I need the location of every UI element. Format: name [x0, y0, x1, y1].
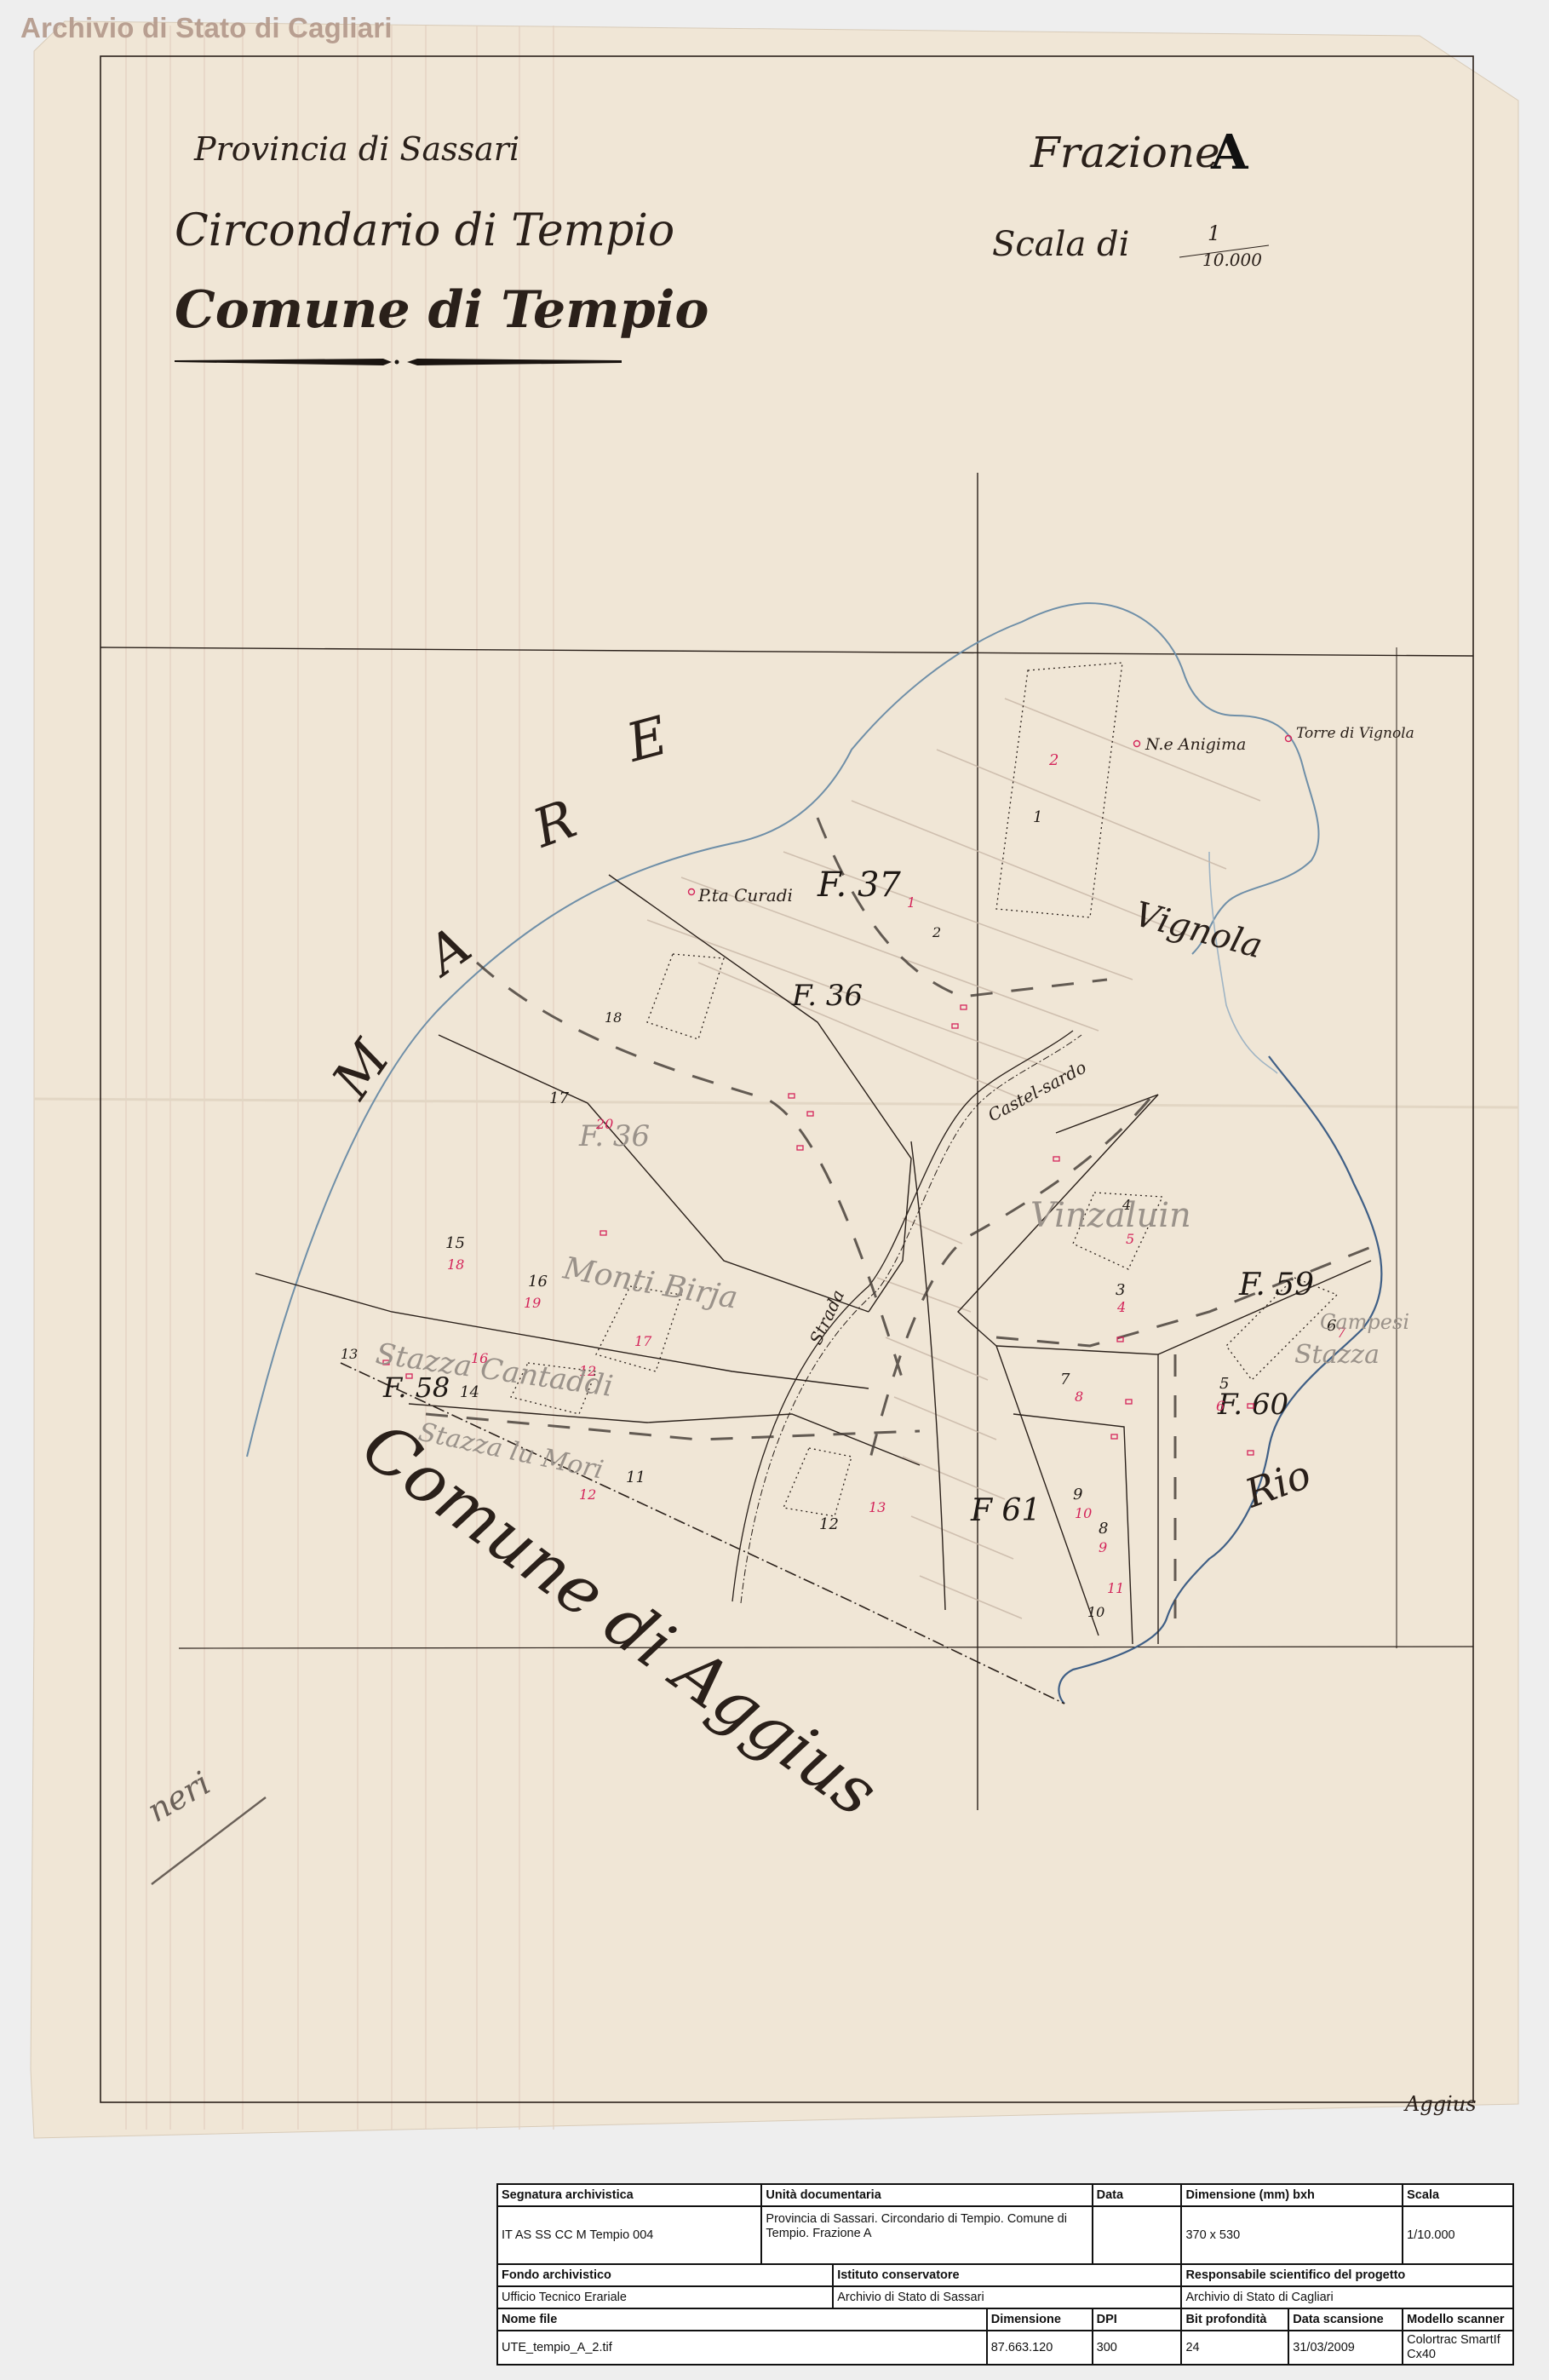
header-data: Data: [1093, 2184, 1182, 2206]
parcel-number: 7: [1060, 1371, 1070, 1388]
parcel-number-red: 9: [1099, 1539, 1107, 1555]
metadata-row-headers-1: Segnatura archivistica Unità documentari…: [497, 2184, 1513, 2206]
frazione-letter: A: [1210, 124, 1249, 181]
metadata-row-values-1: IT AS SS CC M Tempio 004 Provincia di Sa…: [497, 2206, 1513, 2264]
parcel-number: 12: [819, 1515, 839, 1533]
value-data-scansione: 31/03/2009: [1288, 2331, 1403, 2365]
value-unita: Provincia di Sassari. Circondario di Tem…: [761, 2206, 1092, 2264]
metadata-row-values-2: Ufficio Tecnico Erariale Archivio di Sta…: [497, 2286, 1513, 2308]
value-responsabile: Archivio di Stato di Cagliari: [1181, 2286, 1513, 2308]
pencil-annotation: Stazza: [1294, 1340, 1380, 1370]
value-fondo: Ufficio Tecnico Erariale: [497, 2286, 833, 2308]
header-fondo: Fondo archivistico: [497, 2264, 833, 2286]
parcel-number: 2: [932, 924, 941, 940]
parcel-number: 18: [605, 1009, 622, 1026]
parcel-number: 1: [1033, 808, 1042, 826]
label-torre-vignola: Torre di Vignola: [1296, 725, 1414, 742]
value-data: [1093, 2206, 1182, 2264]
title-underline-dot: [395, 360, 399, 365]
parcel-number-red: 12: [579, 1486, 596, 1503]
value-dimensione: 87.663.120: [987, 2331, 1093, 2365]
sheet-label-f61: F 61: [970, 1493, 1041, 1528]
value-modello-scanner: Colortrac SmartIf Cx40: [1403, 2331, 1513, 2365]
value-istituto: Archivio di Stato di Sassari: [833, 2286, 1181, 2308]
header-nome-file: Nome file: [497, 2308, 987, 2331]
archive-watermark: Archivio di Stato di Cagliari: [20, 12, 393, 44]
header-dpi: DPI: [1093, 2308, 1182, 2331]
sheet-label-f37: F. 37: [817, 865, 901, 905]
parcel-number: 15: [445, 1234, 465, 1252]
parcel-number-red: 13: [869, 1499, 886, 1515]
value-segnatura: IT AS SS CC M Tempio 004: [497, 2206, 761, 2264]
value-nome-file: UTE_tempio_A_2.tif: [497, 2331, 987, 2365]
metadata-table: Segnatura archivistica Unità documentari…: [496, 2183, 1514, 2366]
parcel-number-red: 20: [595, 1116, 613, 1132]
metadata-row-headers-2: Fondo archivistico Istituto conservatore…: [497, 2264, 1513, 2286]
scale-numerator: 1: [1208, 221, 1220, 245]
scale-denominator: 10.000: [1202, 250, 1262, 270]
parcel-number: 14: [460, 1383, 479, 1401]
scale-label: Scala di: [992, 225, 1129, 264]
sheet-label-f36-pencil: F. 36: [578, 1119, 650, 1153]
value-dpi: 300: [1093, 2331, 1182, 2365]
frazione-label: Frazione: [1030, 128, 1220, 177]
parcel-number-red: 2: [1048, 751, 1058, 769]
header-segnatura: Segnatura archivistica: [497, 2184, 761, 2206]
sheet-label-f60: F. 60: [1217, 1388, 1288, 1422]
ink-signature: Aggius: [1403, 2092, 1477, 2116]
parcel-number: 9: [1073, 1486, 1082, 1503]
header-bit: Bit profondità: [1181, 2308, 1288, 2331]
value-bit: 24: [1181, 2331, 1288, 2365]
value-scala: 1/10.000: [1403, 2206, 1513, 2264]
header-istituto: Istituto conservatore: [833, 2264, 1181, 2286]
pencil-annotation: Vinzaluin: [1030, 1196, 1191, 1235]
parcel-number-red: 18: [447, 1256, 464, 1273]
header-dimensione-mm: Dimensione (mm) bxh: [1181, 2184, 1403, 2206]
cadastral-map: Provincia di Sassari Circondario di Temp…: [0, 0, 1549, 2181]
parcel-number-red: 1: [907, 894, 915, 911]
parcel-number: 11: [626, 1469, 645, 1486]
parcel-number: 10: [1087, 1604, 1104, 1620]
value-dimensione-mm: 370 x 530: [1181, 2206, 1403, 2264]
parcel-number-red: 11: [1107, 1580, 1124, 1596]
header-scala: Scala: [1403, 2184, 1513, 2206]
header-dimensione: Dimensione: [987, 2308, 1093, 2331]
metadata-row-values-3: UTE_tempio_A_2.tif 87.663.120 300 24 31/…: [497, 2331, 1513, 2365]
metadata-row-headers-3: Nome file Dimensione DPI Bit profondità …: [497, 2308, 1513, 2331]
parcel-number: 5: [1219, 1375, 1229, 1393]
header-data-scansione: Data scansione: [1288, 2308, 1403, 2331]
parcel-number: 8: [1099, 1520, 1108, 1538]
parcel-number: 3: [1116, 1281, 1125, 1299]
parcel-number-red: 8: [1075, 1388, 1083, 1405]
title-provincia: Provincia di Sassari: [193, 130, 519, 168]
sheet-label-f36: F. 36: [791, 979, 863, 1013]
parcel-number-red: 4: [1116, 1299, 1126, 1315]
title-comune: Comune di Tempio: [175, 280, 709, 340]
parcel-number-red: 10: [1075, 1505, 1092, 1521]
label-nuraghe: N.e Anigima: [1145, 735, 1246, 754]
label-punta-curadi: P.ta Curadi: [697, 885, 793, 905]
parcel-number: 16: [528, 1273, 548, 1291]
scanned-map-sheet: Archivio di Stato di Cagliari Provincia …: [0, 0, 1549, 2380]
parcel-number-red: 17: [634, 1333, 652, 1349]
header-responsabile: Responsabile scientifico del progetto: [1181, 2264, 1513, 2286]
title-circondario: Circondario di Tempio: [175, 205, 674, 256]
parcel-number-red: 19: [524, 1295, 541, 1311]
parcel-number-red: 6: [1216, 1398, 1225, 1414]
header-unita: Unità documentaria: [761, 2184, 1092, 2206]
parcel-number: 13: [341, 1346, 358, 1362]
sheet-label-f59: F. 59: [1238, 1268, 1314, 1302]
parcel-number: 17: [549, 1089, 569, 1107]
pencil-annotation: Campesi: [1320, 1310, 1409, 1334]
header-modello-scanner: Modello scanner: [1403, 2308, 1513, 2331]
